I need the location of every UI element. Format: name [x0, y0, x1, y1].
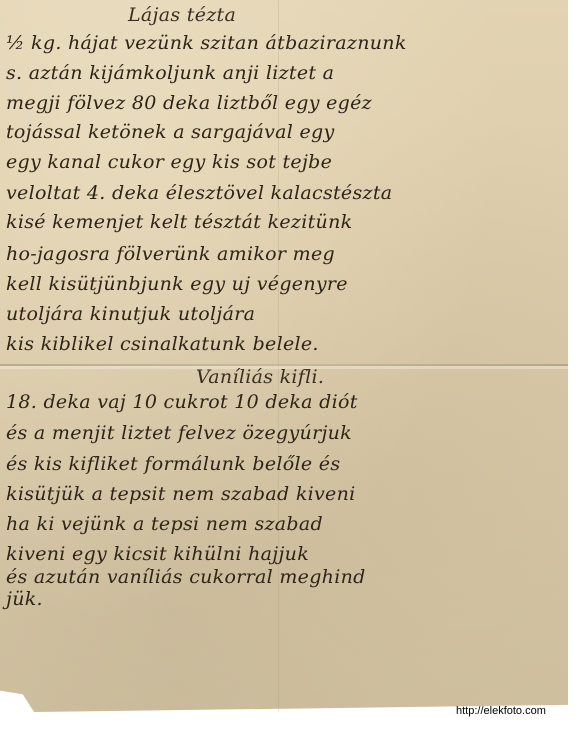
recipe-line: és kis kifliket formálunk belőle és — [6, 455, 340, 474]
recipe-line: veloltat 4. deka élesztövel kalacstészta — [6, 184, 392, 203]
recipe-title-vanilias-kifli: Vaníliás kifli. — [196, 366, 324, 388]
recipe-title-lajas-tezta: Lájas tézta — [128, 4, 236, 26]
recipe-line: és a menjit liztet felvez özegyúrjuk — [6, 424, 352, 443]
recipe-line: tojással ketönek a sargajával egy — [6, 123, 335, 142]
recipe-line: kisé kemenjet kelt tésztát kezitünk — [6, 213, 352, 232]
recipe-line: ho-jagosra fölverünk amikor meg — [6, 245, 335, 264]
recipe-line: kisütjük a tepsit nem szabad kiveni — [6, 485, 356, 504]
recipe-line: ½ kg. hájat vezünk szitan átbaziraznunk — [6, 34, 407, 53]
watermark-url: http://elekfoto.com — [456, 705, 546, 717]
recipe-line: utoljára kinutjuk utoljára — [6, 305, 255, 324]
recipe-line: s. aztán kijámkoljunk anji liztet a — [6, 64, 334, 83]
recipe-line: megji fölvez 80 deka liztből egy egéz — [6, 94, 372, 113]
recipe-line: kis kiblikel csinalkatunk belele. — [6, 335, 319, 354]
recipe-line: 18. deka vaj 10 cukrot 10 deka diót — [6, 393, 358, 412]
recipe-line: ha ki vejünk a tepsi nem szabad — [6, 515, 323, 534]
recipe-line: jük. — [6, 590, 43, 609]
recipe-line: kiveni egy kicsit kihülni hajjuk — [6, 545, 309, 564]
recipe-line: és azután vaníliás cukorral meghind — [6, 568, 366, 587]
recipe-line: egy kanal cukor egy kis sot tejbe — [6, 153, 332, 172]
recipe-line: kell kisütjünbjunk egy uj végenyre — [6, 275, 348, 294]
